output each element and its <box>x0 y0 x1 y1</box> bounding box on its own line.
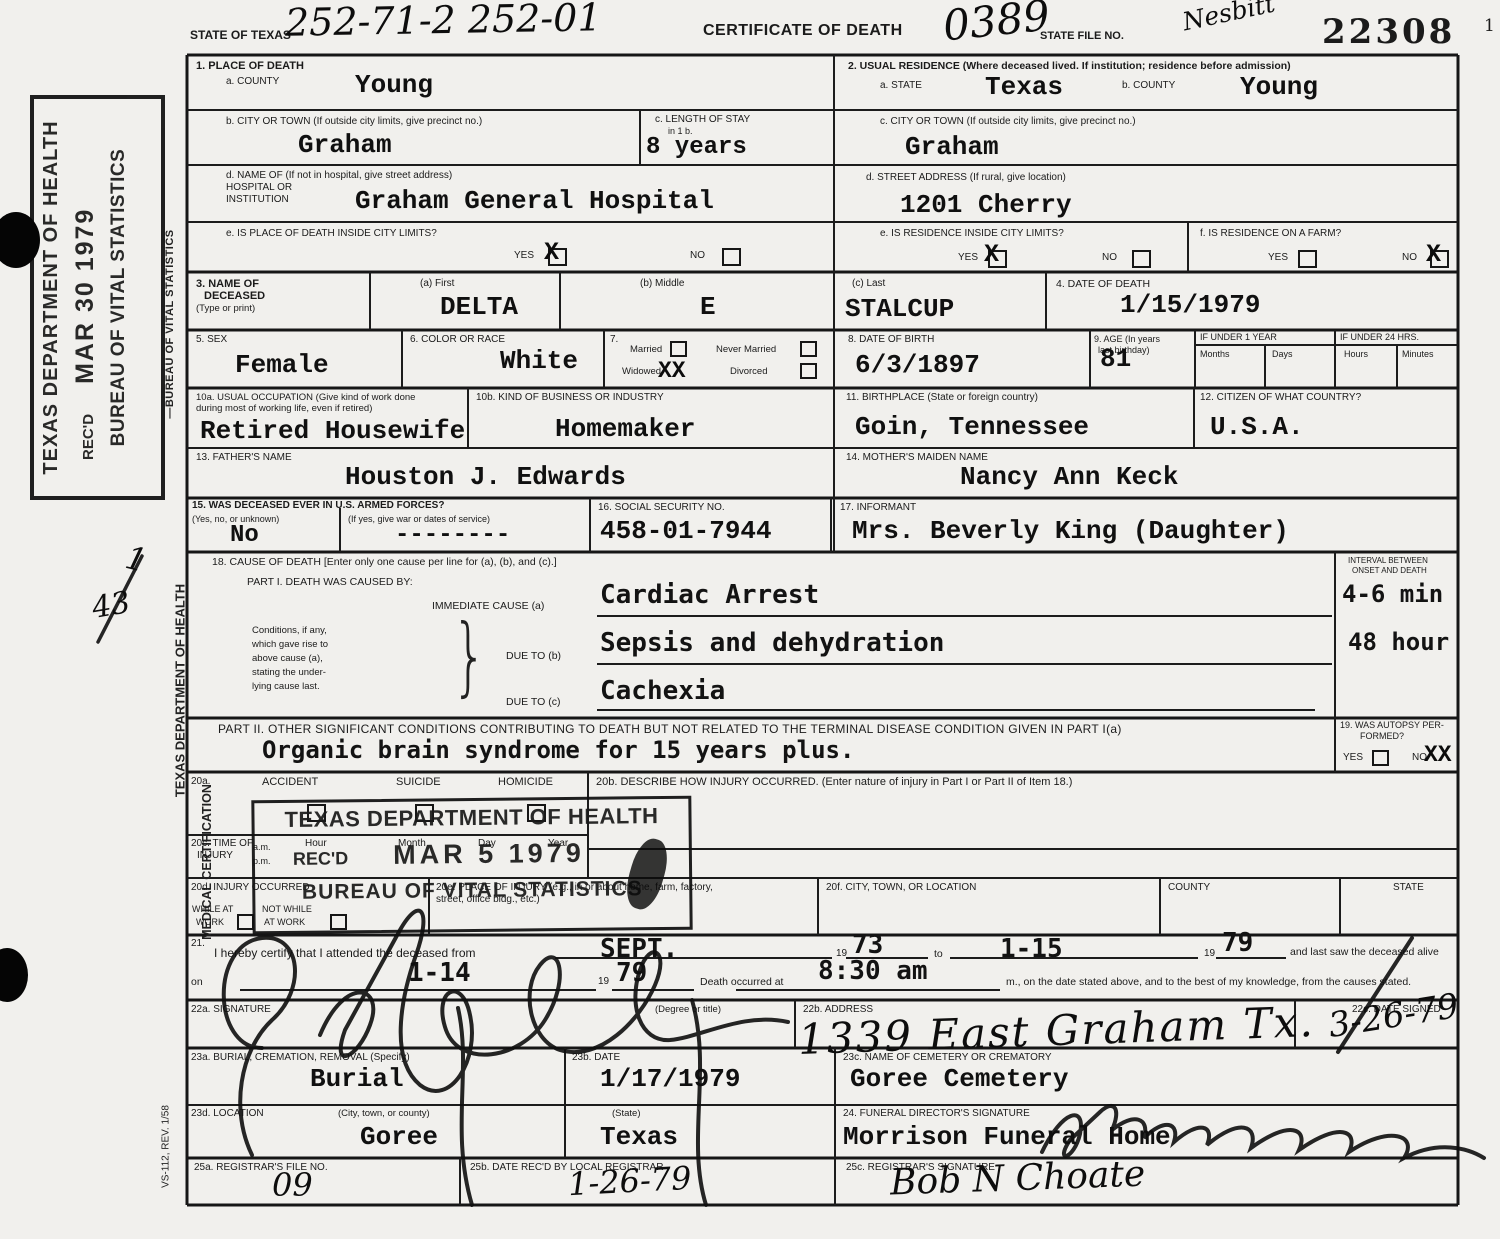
field-10a-occupation-value: Retired Housewife <box>200 416 465 446</box>
stamp-left-line3: BUREAU OF VITAL STATISTICS <box>108 107 130 488</box>
field-21-on-label: on <box>191 976 203 988</box>
field-8-dob-value: 6/3/1897 <box>855 350 980 380</box>
field-23c-cemetery-label: 23c. NAME OF CEMETERY OR CREMATORY <box>843 1052 1052 1063</box>
field-20d-work-label: WORK <box>196 917 224 927</box>
field-21-time-value: 8:30 am <box>818 956 928 986</box>
field-2f-yes-checkbox <box>1298 250 1317 268</box>
field-19-no-mark: XX <box>1424 742 1452 768</box>
field-2e-limits-label: e. IS RESIDENCE INSIDE CITY LIMITS? <box>880 228 1064 239</box>
field-21-19c: 19 <box>598 976 609 987</box>
field-17-informant-value: Mrs. Beverly King (Daughter) <box>852 516 1289 546</box>
field-20d-while-checkbox <box>237 914 254 930</box>
field-hours-label: Hours <box>1344 349 1368 359</box>
field-1e-yes-mark: X <box>544 238 559 267</box>
field-7-never-married-checkbox <box>800 341 817 357</box>
field-13-father-value: Houston J. Edwards <box>345 462 626 492</box>
field-24-funeral-director-label: 24. FUNERAL DIRECTOR'S SIGNATURE <box>843 1108 1030 1119</box>
field-1d-hospital-label2: HOSPITAL OR <box>226 182 292 193</box>
field-6-race-value: White <box>500 346 578 376</box>
field-17-informant-label: 17. INFORMANT <box>840 502 916 513</box>
field-interval-label2: ONSET AND DEATH <box>1352 566 1427 575</box>
field-1c-length-of-stay-label: c. LENGTH OF STAY <box>655 114 750 125</box>
received-stamp-middle: TEXAS DEPARTMENT OF HEALTH REC'D MAR 5 1… <box>251 796 692 935</box>
field-1b-city-label: b. CITY OR TOWN (If outside city limits,… <box>226 116 482 127</box>
field-22a-degree-label: (Degree or title) <box>655 1004 721 1015</box>
field-1e-no-label: NO <box>690 250 705 261</box>
field-24-funeral-home-value: Morrison Funeral Home <box>843 1122 1171 1152</box>
field-21-to-label: to <box>934 948 943 960</box>
field-2a-state-label: a. STATE <box>880 80 922 91</box>
field-2-usual-residence-label: 2. USUAL RESIDENCE (Where deceased lived… <box>848 60 1291 72</box>
field-23c-cemetery-value: Goree Cemetery <box>850 1064 1068 1094</box>
margin-handwritten-fraction-bottom: 43 <box>89 585 133 626</box>
field-19-yes-checkbox <box>1372 750 1389 766</box>
field-2d-street-value: 1201 Cherry <box>900 190 1072 220</box>
field-4-date-of-death-value: 1/15/1979 <box>1120 290 1260 320</box>
field-1a-county-label: a. COUNTY <box>226 76 279 87</box>
field-21-text2: and last saw the deceased alive <box>1290 946 1439 958</box>
field-part2-label: PART II. OTHER SIGNIFICANT CONDITIONS CO… <box>218 722 1122 736</box>
field-interval-label1: INTERVAL BETWEEN <box>1348 556 1428 565</box>
field-21-to-date-value: 1-15 <box>1000 934 1063 964</box>
field-23d-state-sublabel: (State) <box>612 1108 641 1119</box>
field-11-birthplace-label: 11. BIRTHPLACE (State or foreign country… <box>846 392 1038 403</box>
field-1-place-of-death-label: 1. PLACE OF DEATH <box>196 60 304 72</box>
field-20a-suicide-label: SUICIDE <box>396 776 441 788</box>
field-3-name-label3: (Type or print) <box>196 303 255 314</box>
field-days-label: Days <box>1272 349 1293 359</box>
field-19-yes-label: YES <box>1343 752 1363 763</box>
corner-mark: 1 <box>1484 16 1495 36</box>
field-due-to-b-label: DUE TO (b) <box>506 650 561 662</box>
margin-dept-vertical: TEXAS DEPARTMENT OF HEALTH <box>173 526 188 856</box>
field-7-divorced-label: Divorced <box>730 366 768 377</box>
field-7-married-label: Married <box>630 344 662 355</box>
field-1d-hospital-value: Graham General Hospital <box>355 186 714 216</box>
field-12-citizen-label: 12. CITIZEN OF WHAT COUNTRY? <box>1200 392 1361 403</box>
field-immediate-cause-value: Cardiac Arrest <box>600 580 819 610</box>
stamp-mid-recd: REC'D <box>293 848 349 870</box>
field-22c-date-signed-value: 3-26-79 <box>1326 986 1462 1046</box>
field-20d-while-at-label: WHILE AT <box>192 904 233 914</box>
field-2c-city-value: Graham <box>905 132 999 162</box>
field-immediate-cause-label: IMMEDIATE CAUSE (a) <box>432 600 544 612</box>
field-7-divorced-checkbox <box>800 363 817 379</box>
field-21-on-date-value: 1-14 <box>408 958 471 988</box>
field-23d-state-value: Texas <box>600 1122 678 1152</box>
field-1b-city-value: Graham <box>298 130 392 160</box>
certificate-title: CERTIFICATE OF DEATH <box>703 22 903 40</box>
field-2a-state-value: Texas <box>985 72 1063 102</box>
field-1d-hospital-label: d. NAME OF (If not in hospital, give str… <box>226 170 452 181</box>
field-25b-date-recd-value: 1-26-79 <box>567 1159 692 1203</box>
field-3b-middle-value: E <box>700 292 716 322</box>
field-20c-label2: INJURY <box>197 850 233 861</box>
stamp-left-line1: TEXAS DEPARTMENT OF HEALTH <box>40 107 63 488</box>
field-11-birthplace-value: Goin, Tennessee <box>855 412 1089 442</box>
field-21-number: 21. <box>191 938 205 949</box>
field-16-ssn-value: 458-01-7944 <box>600 516 772 546</box>
field-10a-occupation-label: 10a. USUAL OCCUPATION (Give kind of work… <box>196 392 415 414</box>
field-21-to-year-value: 79 <box>1222 928 1253 958</box>
field-23a-burial-label: 23a. BURIAL, CREMATION, REMOVAL (Specify… <box>191 1052 410 1063</box>
margin-bureau-vertical: —BUREAU OF VITAL STATISTICS <box>164 209 176 439</box>
field-19-autopsy-label2: FORMED? <box>1360 731 1404 741</box>
field-23b-date-value: 1/17/1979 <box>600 1064 740 1094</box>
handwritten-cert-number: 0389 <box>941 0 1052 50</box>
field-23d-city-sublabel: (City, town, or county) <box>338 1108 430 1119</box>
field-interval-a-value: 4-6 min <box>1342 580 1443 608</box>
field-19-autopsy-label1: 19. WAS AUTOPSY PER- <box>1340 720 1444 730</box>
stamp-left-date: MAR 30 1979 <box>71 208 100 384</box>
field-5-sex-label: 5. SEX <box>196 334 227 345</box>
field-15-war-value: -------- <box>395 522 510 549</box>
field-20a-homicide-label: HOMICIDE <box>498 776 553 788</box>
field-2f-yes-label: YES <box>1268 252 1288 263</box>
field-23a-burial-value: Burial <box>310 1064 404 1094</box>
field-10b-industry-value: Homemaker <box>555 414 695 444</box>
field-21-19b: 19 <box>1204 948 1215 959</box>
field-14-mother-value: Nancy Ann Keck <box>960 462 1178 492</box>
field-interval-b-value: 48 hour <box>1348 628 1449 656</box>
field-15-value: No <box>230 522 259 549</box>
field-20b-label: 20b. DESCRIBE HOW INJURY OCCURRED. (Ente… <box>596 776 1072 788</box>
field-1a-county-value: Young <box>355 70 433 100</box>
field-part1-label: PART I. DEATH WAS CAUSED BY: <box>247 576 413 588</box>
field-due-to-c-label: DUE TO (c) <box>506 696 560 708</box>
field-10b-industry-label: 10b. KIND OF BUSINESS OR INDUSTRY <box>476 392 664 403</box>
certificate-number: 22308 <box>1322 12 1455 52</box>
field-due-to-b-value: Sepsis and dehydration <box>600 628 944 658</box>
field-2f-no-mark: X <box>1426 240 1441 269</box>
field-7-widowed-mark: XX <box>658 358 686 384</box>
field-2e-no-checkbox <box>1132 250 1151 268</box>
field-2e-yes-mark: X <box>984 240 999 269</box>
field-20c-label1: 20c. TIME OF <box>191 838 253 849</box>
field-20f-county-label: COUNTY <box>1168 882 1210 893</box>
field-under-1-year-label: IF UNDER 1 YEAR <box>1200 332 1277 342</box>
field-3a-first-label: (a) First <box>420 278 454 289</box>
margin-medical-certification-vertical: MEDICAL CERTIFICATION <box>200 712 214 1012</box>
field-25c-registrar-signature-value: Bob N Choate <box>889 1154 1145 1204</box>
field-3c-last-label: (c) Last <box>852 278 885 289</box>
field-1e-limits-label: e. IS PLACE OF DEATH INSIDE CITY LIMITS? <box>226 228 437 239</box>
field-9-age-label1: 9. AGE (In years <box>1094 334 1160 344</box>
field-2e-yes-label: YES <box>958 252 978 263</box>
field-7-marital-label: 7. <box>610 334 618 345</box>
field-3b-middle-label: (b) Middle <box>640 278 684 289</box>
field-3-name-label1: 3. NAME OF <box>196 278 259 290</box>
handwritten-name-nesbitt: Nesbitt <box>1180 0 1278 36</box>
field-20f-state-label: STATE <box>1393 882 1424 893</box>
field-23d-city-value: Goree <box>360 1122 438 1152</box>
field-20a-accident-label: ACCIDENT <box>262 776 318 788</box>
field-6-race-label: 6. COLOR OR RACE <box>410 334 505 345</box>
state-file-no-label: STATE FILE NO. <box>1040 30 1124 42</box>
field-15-armed-forces-label: 15. WAS DECEASED EVER IN U.S. ARMED FORC… <box>192 500 444 511</box>
field-21-death-occurred-label: Death occurred at <box>700 976 783 988</box>
field-part2-value: Organic brain syndrome for 15 years plus… <box>262 736 854 764</box>
field-3a-first-value: DELTA <box>440 292 518 322</box>
margin-handwritten-fraction-top: 1 <box>122 538 151 580</box>
field-7-never-married-label: Never Married <box>716 344 776 355</box>
field-18-cause-label: 18. CAUSE OF DEATH [Enter only one cause… <box>212 556 557 568</box>
field-2f-farm-label: f. IS RESIDENCE ON A FARM? <box>1200 228 1341 239</box>
field-3-name-label2: DECEASED <box>204 290 265 302</box>
stamp-mid-line3: BUREAU OF VITAL STATISTICS <box>255 877 689 906</box>
field-4-date-of-death-label: 4. DATE OF DEATH <box>1056 278 1150 290</box>
field-1e-yes-label: YES <box>514 250 534 261</box>
conditions-brace: } <box>452 606 488 706</box>
field-1e-no-checkbox <box>722 248 741 266</box>
field-minutes-label: Minutes <box>1402 349 1434 359</box>
field-23b-date-label: 23b. DATE <box>572 1052 620 1063</box>
stamp-mid-date: MAR 5 1979 <box>393 838 585 871</box>
field-2b-county-value: Young <box>1240 72 1318 102</box>
field-23d-location-label: 23d. LOCATION <box>191 1108 264 1119</box>
death-certificate-scan: STATE OF TEXAS 252-71-2 252-01 CERTIFICA… <box>0 0 1500 1239</box>
field-months-label: Months <box>1200 349 1230 359</box>
field-conditions-note: Conditions, if any, which gave rise to a… <box>252 624 328 694</box>
field-8-dob-label: 8. DATE OF BIRTH <box>848 334 934 345</box>
field-1d-hospital-label3: INSTITUTION <box>226 194 289 205</box>
field-12-citizen-value: U.S.A. <box>1210 412 1304 442</box>
stamp-left-recd: REC'D <box>80 414 97 460</box>
field-7-married-checkbox <box>670 341 687 357</box>
field-1c-length-of-stay-value: 8 years <box>646 134 747 161</box>
handwritten-file-numbers: 252-71-2 252-01 <box>285 0 602 45</box>
field-25a-registrar-file-value: 09 <box>272 1166 313 1204</box>
ink-blob-bottom <box>0 948 28 1002</box>
field-7-widowed-label: Widowed <box>622 366 661 377</box>
field-20f-label: 20f. CITY, TOWN, OR LOCATION <box>826 882 976 893</box>
field-13-father-label: 13. FATHER'S NAME <box>196 452 292 463</box>
field-3c-last-value: STALCUP <box>845 294 954 324</box>
field-9-age-value: 81 <box>1100 344 1131 374</box>
field-16-ssn-label: 16. SOCIAL SECURITY NO. <box>598 502 725 513</box>
field-21-text4: m., on the date stated above, and to the… <box>1006 976 1411 988</box>
field-under-24-hrs-label: IF UNDER 24 HRS. <box>1340 332 1419 342</box>
field-2f-no-label: NO <box>1402 252 1417 263</box>
field-2b-county-label: b. COUNTY <box>1122 80 1175 91</box>
field-22a-signature-label: 22a. SIGNATURE <box>191 1004 271 1015</box>
field-20a-label: 20a. <box>191 776 210 787</box>
field-due-to-c-value: Cachexia <box>600 676 725 706</box>
field-21-on-year-value: 79 <box>616 958 647 988</box>
stamp-mid-line1: TEXAS DEPARTMENT OF HEALTH <box>254 803 688 834</box>
field-5-sex-value: Female <box>235 350 329 380</box>
received-stamp-left: TEXAS DEPARTMENT OF HEALTH REC'D MAR 30 … <box>30 95 165 500</box>
field-2c-city-label: c. CITY OR TOWN (If outside city limits,… <box>880 116 1136 127</box>
field-2e-no-label: NO <box>1102 252 1117 263</box>
state-of-texas-label: STATE OF TEXAS <box>190 28 291 42</box>
field-2d-street-label: d. STREET ADDRESS (If rural, give locati… <box>866 172 1066 183</box>
margin-form-code-vertical: VS-112, REV. 1/58 <box>161 1082 172 1212</box>
